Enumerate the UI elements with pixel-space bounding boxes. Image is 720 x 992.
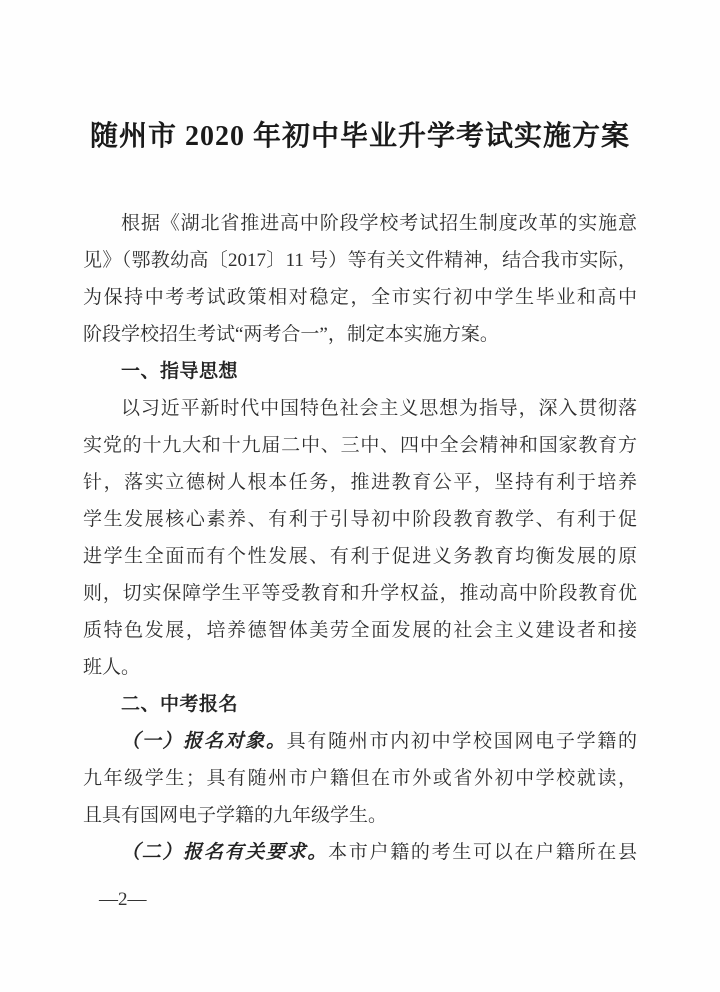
line-text: 学生发展核心素养、有利于引导初中阶段教育教学、有利于促 bbox=[83, 509, 637, 530]
line-text: 进学生全面而有个性发展、有利于促进义务教育均衡发展的原 bbox=[83, 546, 637, 567]
text-line: 质特色发展，培养德智体美劳全面发展的社会主义建设者和接 bbox=[83, 612, 637, 649]
document-body: 根据《湖北省推进高中阶段学校考试招生制度改革的实施意见》（鄂教幼高〔2017〕1… bbox=[83, 205, 637, 871]
line-text: 且具有国网电子学籍的九年级学生。 bbox=[83, 805, 387, 826]
text-line: 班人。 bbox=[83, 649, 637, 686]
lead-emphasis: （一）报名对象。 bbox=[121, 731, 287, 752]
text-line: 以习近平新时代中国特色社会主义思想为指导，深入贯彻落 bbox=[83, 390, 637, 427]
text-line: 见》（鄂教幼高〔2017〕11 号）等有关文件精神，结合我市实际， bbox=[83, 242, 637, 279]
line-text: 具有随州市内初中学校国网电子学籍的 bbox=[287, 731, 637, 752]
text-line: 则，切实保障学生平等受教育和升学权益，推动高中阶段教育优 bbox=[83, 575, 637, 612]
text-line: 针，落实立德树人根本任务，推进教育公平，坚持有利于培养 bbox=[83, 464, 637, 501]
line-text: 实党的十九大和十九届二中、三中、四中全会精神和国家教育方 bbox=[83, 435, 637, 456]
line-text: 根据《湖北省推进高中阶段学校考试招生制度改革的实施意 bbox=[121, 213, 637, 234]
line-text: 针，落实立德树人根本任务，推进教育公平，坚持有利于培养 bbox=[83, 472, 637, 493]
line-text: 班人。 bbox=[83, 657, 140, 678]
text-line: 学生发展核心素养、有利于引导初中阶段教育教学、有利于促 bbox=[83, 501, 637, 538]
lead-emphasis: （二）报名有关要求。 bbox=[121, 842, 328, 863]
text-line: 进学生全面而有个性发展、有利于促进义务教育均衡发展的原 bbox=[83, 538, 637, 575]
text-line: 阶段学校招生考试“两考合一”，制定本实施方案。 bbox=[83, 316, 637, 353]
text-line: （二）报名有关要求。本市户籍的考生可以在户籍所在县 bbox=[83, 834, 637, 871]
text-line: 实党的十九大和十九届二中、三中、四中全会精神和国家教育方 bbox=[83, 427, 637, 464]
text-line: 九年级学生；具有随州市户籍但在市外或省外初中学校就读， bbox=[83, 760, 637, 797]
text-line: （一）报名对象。具有随州市内初中学校国网电子学籍的 bbox=[83, 723, 637, 760]
document-title: 随州市 2020 年初中毕业升学考试实施方案 bbox=[60, 118, 660, 156]
line-text: 以习近平新时代中国特色社会主义思想为指导，深入贯彻落 bbox=[121, 398, 637, 419]
text-line: 且具有国网电子学籍的九年级学生。 bbox=[83, 797, 637, 834]
section-heading: 一、指导思想 bbox=[83, 353, 637, 390]
document-page: 随州市 2020 年初中毕业升学考试实施方案 根据《湖北省推进高中阶段学校考试招… bbox=[0, 0, 720, 992]
line-text: 二、中考报名 bbox=[121, 694, 238, 715]
line-text: 九年级学生；具有随州市户籍但在市外或省外初中学校就读， bbox=[83, 768, 637, 789]
line-text: 则，切实保障学生平等受教育和升学权益，推动高中阶段教育优 bbox=[83, 583, 637, 604]
page-number: —2— bbox=[99, 889, 147, 911]
text-line: 为保持中考考试政策相对稳定，全市实行初中学生毕业和高中 bbox=[83, 279, 637, 316]
line-text: 本市户籍的考生可以在户籍所在县 bbox=[328, 842, 637, 863]
line-text: 为保持中考考试政策相对稳定，全市实行初中学生毕业和高中 bbox=[83, 287, 637, 308]
line-text: 见》（鄂教幼高〔2017〕11 号）等有关文件精神，结合我市实际， bbox=[83, 250, 637, 271]
line-text: 阶段学校招生考试“两考合一”，制定本实施方案。 bbox=[83, 324, 499, 345]
text-line: 根据《湖北省推进高中阶段学校考试招生制度改革的实施意 bbox=[83, 205, 637, 242]
line-text: 一、指导思想 bbox=[121, 361, 238, 382]
section-heading: 二、中考报名 bbox=[83, 686, 637, 723]
line-text: 质特色发展，培养德智体美劳全面发展的社会主义建设者和接 bbox=[83, 620, 637, 641]
